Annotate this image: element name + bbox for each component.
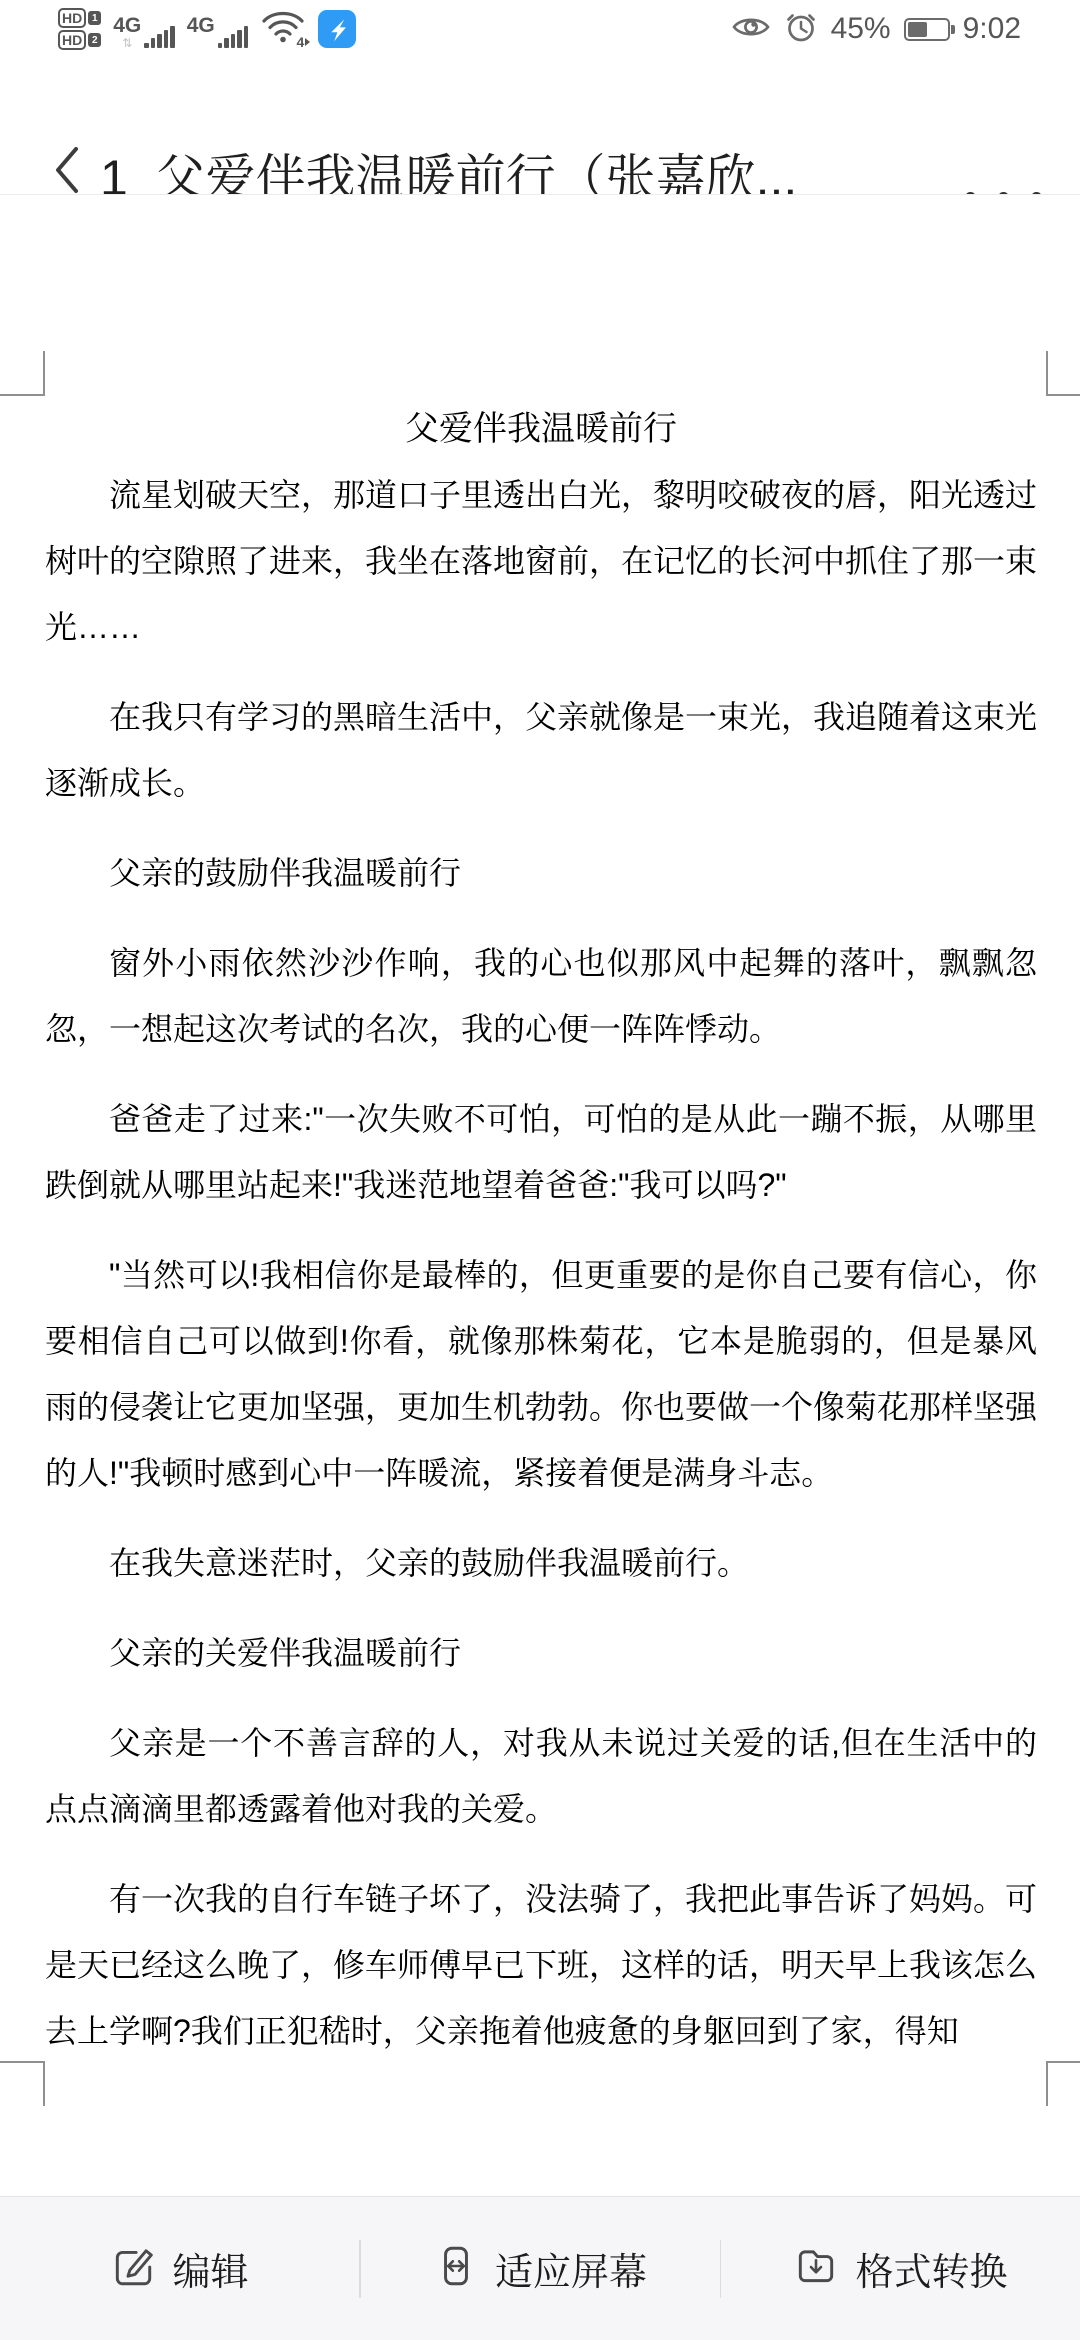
document-viewer[interactable]: 父爱伴我温暖前行 流星划破天空，那道口子里透出白光，黎明咬破夜的唇，阳光透过树叶… bbox=[0, 195, 1080, 2196]
wifi-speed-badge: 4 bbox=[296, 34, 310, 50]
signal-bars-icon bbox=[218, 23, 249, 49]
status-bar-left: HD 1 HD 2 4G ⇅ 4G bbox=[58, 0, 356, 58]
fit-screen-button[interactable]: 适应屏幕 bbox=[361, 2197, 720, 2340]
hd-sim2-icon: HD 2 bbox=[58, 30, 101, 50]
paragraph: 流星划破天空，那道口子里透出白光，黎明咬破夜的唇，阳光透过树叶的空隙照了进来，我… bbox=[45, 462, 1037, 660]
battery-icon bbox=[904, 18, 950, 41]
format-convert-label: 格式转换 bbox=[855, 2241, 1007, 2296]
network-type-sim2: 4G bbox=[187, 15, 215, 36]
status-bar-right: 45% 9:02 bbox=[731, 0, 1021, 58]
fit-screen-icon bbox=[433, 2243, 479, 2294]
dingtalk-app-icon bbox=[318, 10, 356, 48]
alarm-icon bbox=[784, 10, 818, 49]
paragraph: "当然可以!我相信你是最棒的，但更重要的是你自己要有信心，你要相信自己可以做到!… bbox=[45, 1242, 1037, 1506]
sim2-number: 2 bbox=[88, 33, 101, 47]
sim1-number: 1 bbox=[88, 11, 101, 25]
paragraph: 父亲的鼓励伴我温暖前行 bbox=[45, 840, 1037, 906]
document-title: 父爱伴我温暖前行 bbox=[45, 396, 1037, 462]
eye-comfort-icon bbox=[731, 13, 771, 46]
clock-time: 9:02 bbox=[963, 12, 1021, 46]
format-convert-icon bbox=[793, 2243, 839, 2294]
paragraph: 有一次我的自行车链子坏了，没法骑了，我把此事告诉了妈妈。可是天已经这么晚了，修车… bbox=[45, 1866, 1037, 2064]
back-chevron-icon bbox=[48, 143, 84, 202]
format-convert-button[interactable]: 格式转换 bbox=[721, 2197, 1080, 2340]
edit-button[interactable]: 编辑 bbox=[0, 2197, 359, 2340]
back-button[interactable] bbox=[48, 144, 92, 200]
data-arrows-icon: ⇅ bbox=[122, 37, 132, 49]
paragraph: 在我只有学习的黑暗生活中，父亲就像是一束光，我追随着这束光逐渐成长。 bbox=[45, 684, 1037, 816]
signal-bars-icon bbox=[144, 23, 175, 49]
document-content: 父爱伴我温暖前行 流星划破天空，那道口子里透出白光，黎明咬破夜的唇，阳光透过树叶… bbox=[45, 396, 1037, 2088]
hd-sim1-icon: HD 1 bbox=[58, 8, 101, 28]
page-corner-mark-top-right bbox=[1046, 351, 1080, 396]
paragraph: 父亲是一个不善言辞的人，对我从未说过关爱的话,但在生活中的点点滴滴里都透露着他对… bbox=[45, 1710, 1037, 1842]
paragraph: 爸爸走了过来:"一次失败不可怕，可怕的是从此一蹦不振，从哪里跌倒就从哪里站起来!… bbox=[45, 1086, 1037, 1218]
paragraph: 窗外小雨依然沙沙作响，我的心也似那风中起舞的落叶，飘飘忽忽，一想起这次考试的名次… bbox=[45, 930, 1037, 1062]
page-corner-mark-bottom-left bbox=[0, 2061, 45, 2106]
wifi-icon: 4 bbox=[260, 9, 306, 49]
fit-screen-label: 适应屏幕 bbox=[495, 2241, 647, 2296]
hd-indicators: HD 1 HD 2 bbox=[58, 8, 101, 50]
page-corner-mark-bottom-right bbox=[1046, 2061, 1080, 2106]
edit-pencil-icon bbox=[110, 2243, 156, 2294]
paragraph: 父亲的关爱伴我温暖前行 bbox=[45, 1620, 1037, 1686]
battery-percent: 45% bbox=[831, 12, 891, 46]
bottom-toolbar: 编辑 适应屏幕 格式转换 bbox=[0, 2196, 1080, 2340]
edit-label: 编辑 bbox=[172, 2241, 248, 2296]
hd-label: HD bbox=[58, 8, 86, 28]
signal-sim1: 4G ⇅ bbox=[113, 9, 175, 49]
network-type-sim1: 4G bbox=[113, 15, 141, 36]
status-bar: HD 1 HD 2 4G ⇅ 4G bbox=[0, 0, 1080, 58]
signal-sim2: 4G bbox=[187, 9, 249, 49]
hd-label: HD bbox=[58, 30, 86, 50]
title-bar: 1_父爱伴我温暖前行（张嘉欣... QQ浏览器文件服务 bbox=[0, 58, 1080, 195]
paragraph: 在我失意迷茫时，父亲的鼓励伴我温暖前行。 bbox=[45, 1530, 1037, 1596]
page-corner-mark-top-left bbox=[0, 351, 45, 396]
